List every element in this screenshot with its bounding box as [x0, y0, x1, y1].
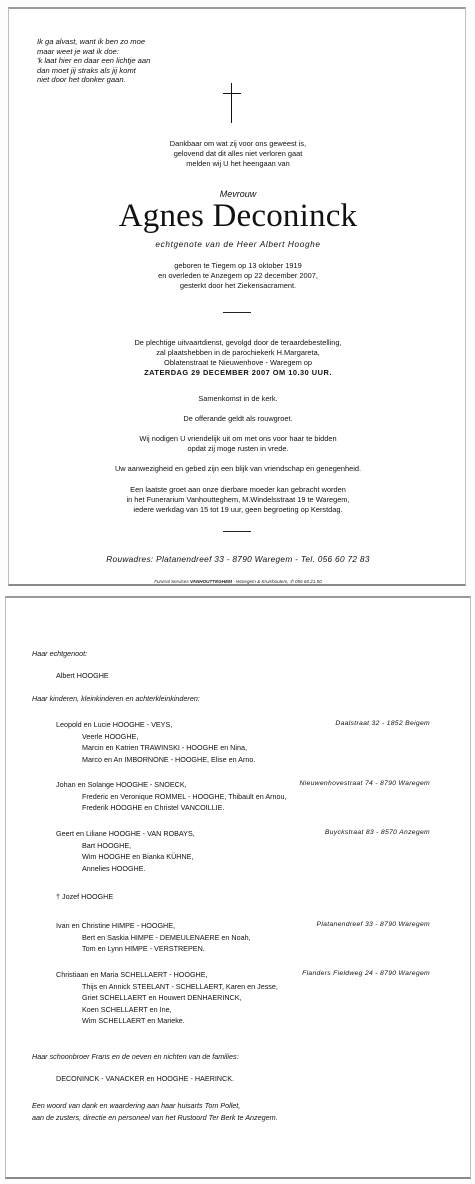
service-line: De plechtige uitvaartdienst, gevolgd doo… — [9, 338, 467, 348]
children-label: Haar kinderen, kleinkinderen en achterkl… — [32, 694, 200, 703]
obituary-family-page: Haar echtgenoot: Albert HOOGHE Haar kind… — [5, 596, 471, 1179]
deceased-name: Agnes Deconinck — [9, 197, 467, 235]
farewell-line: Een laatste groet aan onze dierbare moed… — [9, 485, 467, 495]
separator-line — [223, 531, 251, 532]
prayer-text: Wij nodigen U vriendelijk uit om met ons… — [9, 434, 467, 454]
family-member: Frederik HOOGHE en Christel VANCOILLIE. — [82, 802, 472, 814]
poem-line: niet door het donker gaan. — [37, 75, 150, 85]
family-group: Leopold en Lucie HOOGHE - VEYS, Daalstra… — [6, 719, 472, 765]
poem-line: 'k laat hier en daar een lichtje aan — [37, 56, 150, 66]
family-address: Platanendreef 33 - 8790 Waregem — [317, 921, 430, 928]
farewell-text: Een laatste groet aan onze dierbare moed… — [9, 485, 467, 515]
family-address: Buyckstraat 83 - 8570 Anzegem — [325, 829, 430, 836]
presence-text: Uw aanwezigheid en gebed zijn een blijk … — [9, 464, 467, 474]
mourning-address: Rouwadres: Platanendreef 33 - 8790 Wareg… — [9, 554, 467, 564]
life-dates: geboren te Tiegem op 13 oktober 1919 en … — [9, 261, 467, 291]
credit-suffix: - Waregem & Kruishoutem, ✆ 056 60.21.50 — [232, 579, 322, 584]
family-member: Wim HOOGHE en Bianka KÜHNE, — [82, 851, 472, 863]
deceased-son: † Jozef HOOGHE — [56, 891, 472, 903]
family-member: Bart HOOGHE, — [82, 840, 472, 852]
family-address: Nieuwenhovestraat 74 - 8790 Waregem — [299, 780, 430, 787]
service-line: Oblatenstraat te Nieuwenhove - Waregem o… — [9, 358, 467, 368]
thanks-line: Een woord van dank en waardering aan haa… — [32, 1100, 278, 1112]
relatives-families: DECONINCK - VANACKER en HOOGHE - HAERINC… — [56, 1073, 234, 1085]
family-group: Johan en Solange HOOGHE - SNOECK, Nieuwe… — [6, 779, 472, 814]
poem-line: dan moet jij straks als jij komt — [37, 66, 150, 76]
poem: Ik ga alvast, want ik ben zo moe maar we… — [37, 37, 150, 85]
spouse-line: echtgenote van de Heer Albert Hooghe — [9, 239, 467, 249]
life-line: geboren te Tiegem op 13 oktober 1919 — [9, 261, 467, 271]
service-info: De plechtige uitvaartdienst, gevolgd doo… — [9, 338, 467, 378]
family-member: Griet SCHELLAERT en Houwert DENHAERINCK, — [82, 992, 472, 1004]
cross-icon — [222, 83, 242, 123]
family-member: Bert en Saskia HIMPE - DEMEULENAERE en N… — [82, 932, 472, 944]
family-member: Wim SCHELLAERT en Marieke. — [82, 1015, 472, 1027]
funeral-services-credit: Funeral Services VANHOUTTEGHEM - Waregem… — [9, 579, 467, 585]
poem-line: Ik ga alvast, want ik ben zo moe — [37, 37, 150, 47]
family-address: Flanders Fieldweg 24 - 8790 Waregem — [302, 970, 430, 977]
intro-line: Dankbaar om wat zij voor ons geweest is, — [9, 139, 467, 149]
family-member: Annelies HOOGHE. — [82, 863, 472, 875]
prayer-line: Wij nodigen U vriendelijk uit om met ons… — [9, 434, 467, 444]
farewell-line: iedere werkdag van 15 tot 19 uur, geen b… — [9, 505, 467, 515]
relatives-label: Haar schoonbroer Frans en de neven en ni… — [32, 1052, 239, 1061]
family-address: Daalstraat 32 - 1852 Beigem — [335, 720, 430, 727]
thanks-text: Een woord van dank en waardering aan haa… — [32, 1100, 278, 1123]
family-member: Thijs en Annick STEELANT - SCHELLAERT, K… — [82, 981, 472, 993]
life-line: gesterkt door het Ziekensacrament. — [9, 281, 467, 291]
prayer-line: opdat zij moge rusten in vrede. — [9, 444, 467, 454]
life-line: en overleden te Anzegem op 22 december 2… — [9, 271, 467, 281]
family-group: Christiaan en Maria SCHELLAERT - HOOGHE,… — [6, 969, 472, 1027]
credit-company: VANHOUTTEGHEM — [190, 579, 232, 584]
poem-line: maar weet je wat ik doe: — [37, 47, 150, 57]
family-member: Koen SCHELLAERT en Ine, — [82, 1004, 472, 1016]
intro-line: melden wij U het heengaan van — [9, 159, 467, 169]
family-group: † Jozef HOOGHE — [6, 891, 472, 903]
family-group: Ivan en Christine HIMPE - HOOGHE, Platan… — [6, 920, 472, 955]
spouse-name: Albert HOOGHE — [56, 670, 109, 682]
family-member: Marcin en Katrien TRAWINSKI - HOOGHE en … — [82, 742, 472, 754]
farewell-line: in het Funerarium Vanhoutteghem, M.Winde… — [9, 495, 467, 505]
family-member: Veerle HOOGHE, — [82, 731, 472, 743]
spouse-label: Haar echtgenoot: — [32, 649, 87, 658]
thanks-line: aan de zusters, directie en personeel va… — [32, 1112, 278, 1124]
family-member: Tom en Lynn HIMPE - VERSTREPEN. — [82, 943, 472, 955]
service-line: zal plaatshebben in de parochiekerk H.Ma… — [9, 348, 467, 358]
obituary-front-page: Ik ga alvast, want ik ben zo moe maar we… — [8, 7, 466, 586]
intro-text: Dankbaar om wat zij voor ons geweest is,… — [9, 139, 467, 169]
family-member: Marco en An IMBORNONE - HOOGHE, Elise en… — [82, 754, 472, 766]
gathering-text: Samenkomst in de kerk. — [9, 394, 467, 404]
service-date: ZATERDAG 29 DECEMBER 2007 OM 10.30 UUR. — [9, 368, 467, 378]
family-group: Geert en Liliane HOOGHE - VAN ROBAYS, Bu… — [6, 828, 472, 874]
credit-prefix: Funeral Services — [154, 579, 190, 584]
separator-line — [223, 312, 251, 313]
offering-text: De offerande geldt als rouwgroet. — [9, 414, 467, 424]
intro-line: gelovend dat dit alles niet verloren gaa… — [9, 149, 467, 159]
family-member: Frederic en Veronique ROMMEL - HOOGHE, T… — [82, 791, 472, 803]
